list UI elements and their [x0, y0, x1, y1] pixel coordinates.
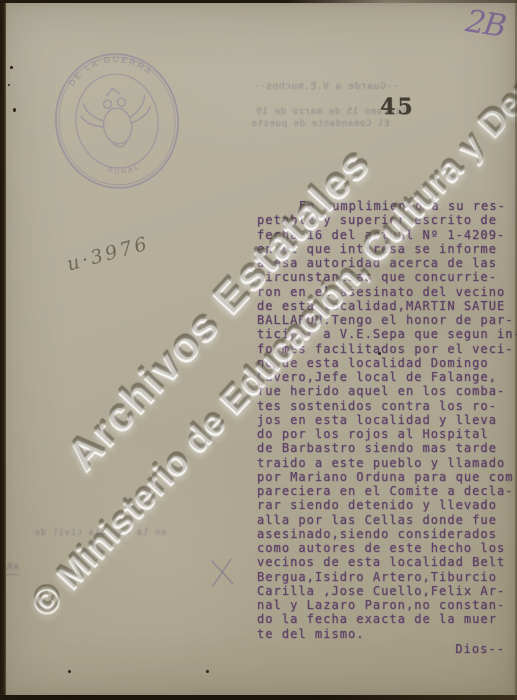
typed-line: a esa autoridad acerca de las [257, 256, 515, 270]
typed-line: BALLARON:Tengo el honor de par- [257, 313, 515, 327]
page-edge-bottom [0, 695, 517, 700]
typed-line: pareciera en el Comite a decla- [257, 484, 515, 498]
typed-line: jos en esta localidad y lleva [257, 413, 515, 427]
pencil-cross-mark [209, 556, 237, 592]
page-edge-left [0, 0, 6, 700]
typed-line: alla por las Cellas donde fue [257, 513, 515, 527]
typed-line: nal y Lazaro Paron,no constan- [257, 598, 515, 612]
typed-line: traido a este pueblo y llamado [257, 456, 515, 470]
bleed-through-line: El Comandante de puesto [251, 119, 389, 129]
typed-line: do por los rojos al Hospital [257, 427, 515, 441]
typed-line: de esta localidad,MARTIN SATUE [257, 299, 515, 313]
typed-line: ticipar a V.E.Sepa que segun in- [257, 327, 515, 341]
typed-line: fecha 16 del actual Nº 1-4209- [257, 228, 515, 242]
typed-line: circunstancias que concurrie- [257, 270, 515, 284]
paper-stain [40, 430, 280, 670]
bleed-through-line: en la Guardia civil de [34, 528, 166, 538]
ink-stamp-graphic: DE LA GUERRA RURAL [41, 41, 193, 200]
paper-speck [206, 670, 209, 673]
typed-line: te del mismo. [257, 627, 515, 641]
typed-line: ron en el asesinato del vecino [257, 285, 515, 299]
typed-line: tes sostenidos contra los ro- [257, 399, 515, 413]
typed-line: fue herido aquel en los comba- [257, 384, 515, 398]
typed-line: de Barbastro siendo mas tarde [257, 441, 515, 455]
ink-stamp: DE LA GUERRA RURAL [41, 41, 193, 200]
paper-speck [13, 108, 16, 112]
paper-speck [68, 670, 71, 673]
typed-line: do la fecha exacta de la muer [257, 612, 515, 626]
page-edge-top [0, 0, 517, 3]
typed-line: por Mariano Orduna para que com [257, 470, 515, 484]
typed-line: Bergua,Isidro Artero,Tiburcio [257, 570, 515, 584]
closing-line: Dios-- [257, 642, 515, 656]
document-page: DE LA GUERRA RURAL --Guarde a V.E.muchos… [0, 0, 517, 700]
folio-number: 45 [380, 94, 415, 120]
typed-line: no de esta localidad Domingo [257, 356, 515, 370]
bleed-through-line: --Guarde a V.E.muchos-- [253, 81, 398, 92]
double-headed-eagle-emblem [78, 83, 156, 151]
typed-line: rar siendo detenido y llevado [257, 498, 515, 512]
typed-body: En cumplimiento a su res-petable y super… [257, 199, 515, 656]
typed-line: Carilla ,Jose Cuello,Felix Ar- [257, 584, 515, 598]
typed-line: formes facilitados por el veci- [257, 342, 515, 356]
stamp-arc-bottom-text: RURAL [105, 160, 142, 178]
paper-speck [8, 84, 10, 86]
svg-text:RURAL: RURAL [105, 160, 142, 178]
typed-line: En cumplimiento a su res- [257, 199, 515, 213]
typed-line: en el que interesa se informe [257, 242, 515, 256]
typed-line: vecinos de esta localidad Belt [257, 555, 515, 569]
typed-line: petable y superior escrito de [257, 213, 515, 227]
typed-line: Cavero,Jefe local de Falange, [257, 370, 515, 384]
paper-speck [10, 66, 13, 69]
handwritten-corner-mark: 2B [463, 3, 507, 45]
typed-line: como autores de este hecho los [257, 541, 515, 555]
typed-line: asesinado,siendo considerados [257, 527, 515, 541]
paper-stain [150, 20, 410, 170]
pencil-reference-number: u·3976 [65, 232, 152, 275]
